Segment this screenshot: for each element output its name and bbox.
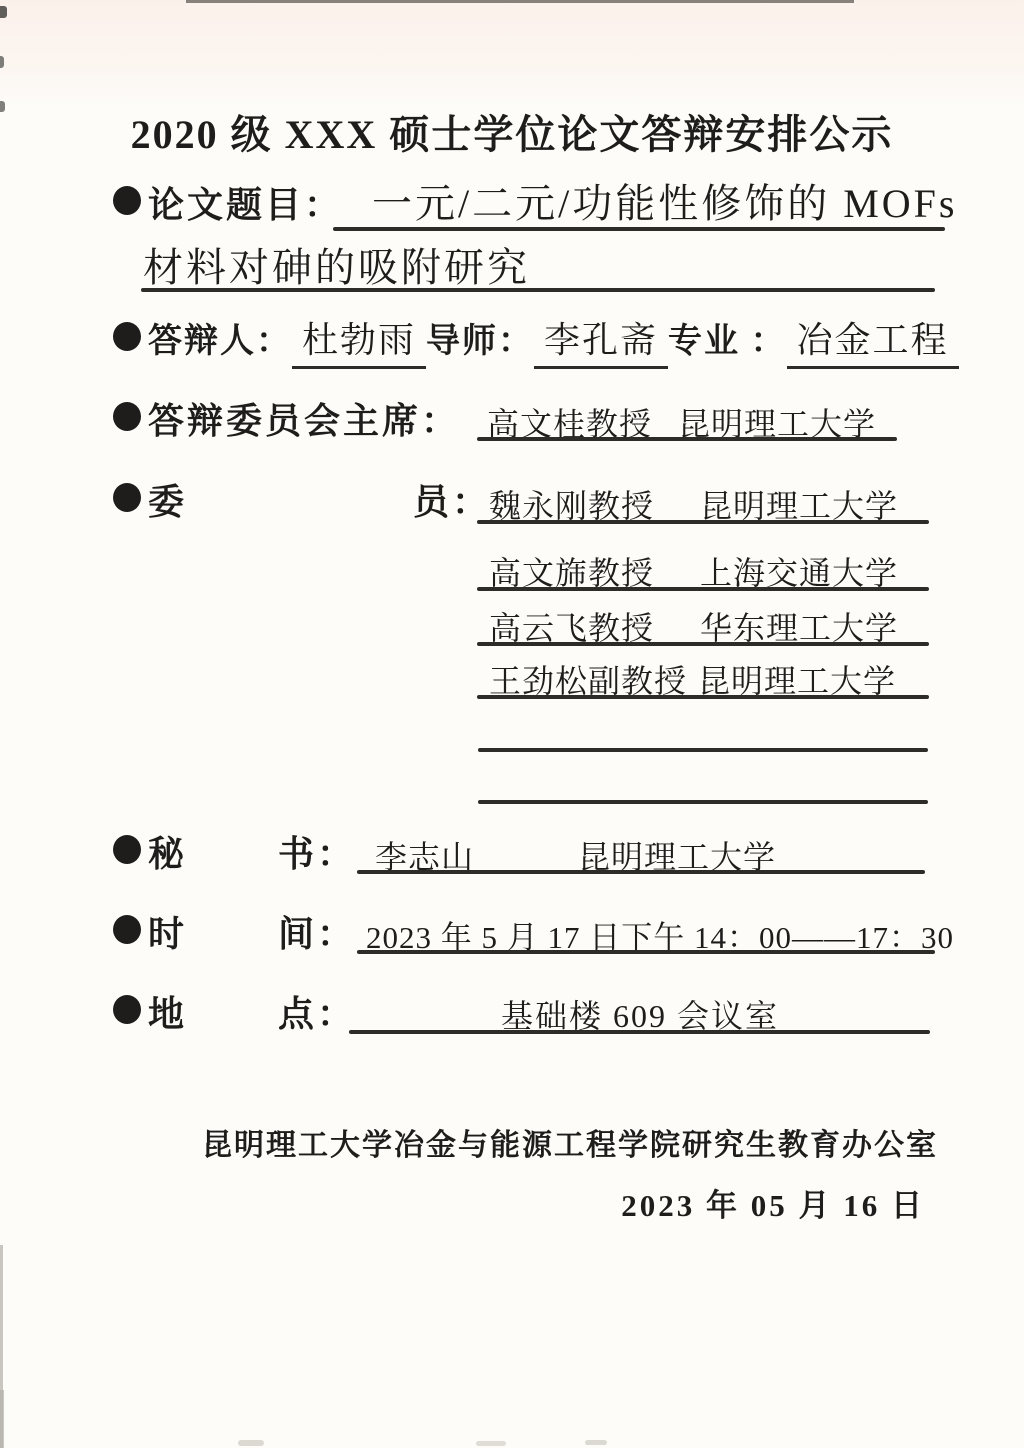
- thesis-title-line2: 材料对砷的吸附研究: [143, 236, 530, 293]
- underline: [333, 227, 945, 231]
- bullet-icon: [113, 483, 141, 512]
- footer-date: 2023 年 05 月 16 日: [621, 1180, 925, 1225]
- scan-speck: [585, 1440, 607, 1445]
- location-label-left: 地: [148, 986, 187, 1037]
- bullet-icon: [113, 995, 141, 1024]
- time-label-right: 间：: [278, 906, 356, 957]
- thesis-title-label: 论文题目：: [148, 177, 343, 228]
- bullet-icon: [113, 186, 141, 215]
- bullet-icon: [113, 915, 141, 944]
- page-title: 2020 级 XXX 硕士学位论文答辩安排公示: [0, 103, 1024, 160]
- secretary-label-left: 秘: [148, 826, 187, 877]
- advisor-name: 李孔斋: [534, 312, 668, 369]
- bullet-icon: [113, 835, 141, 864]
- location-label-right: 点：: [278, 986, 356, 1037]
- bullet-icon: [113, 322, 141, 351]
- underline: [477, 695, 929, 699]
- committee-label-left: 委: [148, 474, 187, 525]
- defender-name: 杜勃雨: [292, 312, 426, 369]
- scan-edge-artifact: [0, 1390, 4, 1448]
- thesis-title-line1: 一元/二元/功能性修饰的 MOFs: [372, 172, 958, 229]
- underline: [477, 587, 929, 591]
- scan-tint: [0, 0, 1024, 110]
- bullet-icon: [113, 402, 141, 431]
- underline: [141, 288, 935, 292]
- document-page: 2020 级 XXX 硕士学位论文答辩安排公示 论文题目： 一元/二元/功能性修…: [0, 0, 1024, 1448]
- underline: [357, 870, 925, 874]
- scan-speck: [0, 56, 4, 68]
- secretary-label-right: 书：: [278, 826, 356, 877]
- defense-info-row: 答辩人： 杜勃雨 导师： 李孔斋 专业 ： 冶金工程: [148, 312, 959, 369]
- scan-speck: [238, 1440, 264, 1446]
- footer-office-name: 昆明理工大学冶金与能源工程学院研究生教育办公室: [202, 1120, 938, 1164]
- committee-label-right: 员：: [413, 474, 491, 525]
- underline: [477, 642, 929, 646]
- scan-edge-artifact: [186, 0, 854, 3]
- underline: [357, 950, 935, 954]
- underline: [477, 520, 929, 524]
- scan-edge-artifact: [0, 1245, 3, 1448]
- underline: [349, 1030, 930, 1034]
- chair-label: 答辩委员会主席：: [148, 393, 460, 444]
- defender-label: 答辩人：: [148, 313, 292, 362]
- scan-speck: [0, 6, 7, 18]
- underline: [478, 800, 928, 804]
- major-label: 专业 ：: [668, 313, 787, 362]
- scan-speck: [476, 1441, 506, 1446]
- major-name: 冶金工程: [787, 312, 959, 369]
- underline: [478, 748, 928, 752]
- advisor-label: 导师：: [426, 313, 534, 362]
- time-label-left: 时: [148, 906, 187, 957]
- underline: [477, 437, 897, 441]
